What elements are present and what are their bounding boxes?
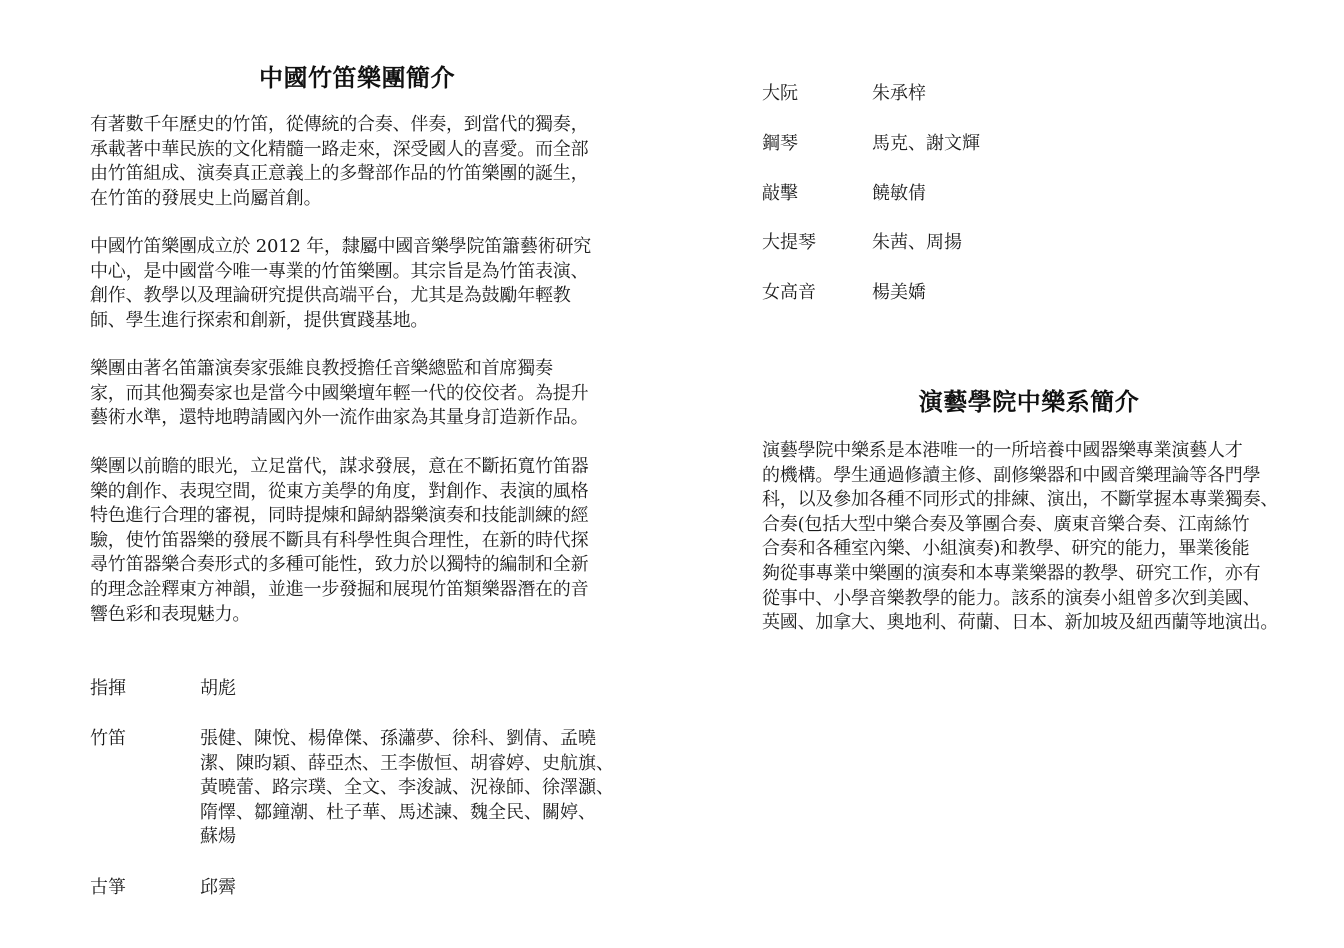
roster-members: 胡彪: [200, 677, 236, 702]
text-line: 楊美嬌: [872, 281, 926, 306]
text-line: 中心，是中國當今唯一專業的竹笛樂團。其宗旨是為竹笛表演、: [90, 260, 624, 285]
text-line: 邱霽: [200, 876, 236, 901]
text-line: 黃曉蕾、路宗璞、全文、李浚誠、況祿師、徐澤灝、: [200, 776, 614, 801]
text-line: 中國竹笛樂團成立於 2012 年，隸屬中國音樂學院笛簫藝術研究: [90, 235, 624, 260]
text-line: 潔、陳昀穎、薛亞杰、王李傲恒、胡睿婷、史航旗、: [200, 752, 614, 777]
roster-members: 張健、陳悅、楊偉傑、孫瀟夢、徐科、劉倩、孟曉 潔、陳昀穎、薛亞杰、王李傲恒、胡睿…: [200, 727, 614, 850]
text-line: 的機構。學生通過修讀主修、副修樂器和中國音樂理論等各門學: [762, 464, 1296, 489]
text-line: 藝術水準，還特地聘請國內外一流作曲家為其量身訂造新作品。: [90, 406, 624, 431]
roster-role: 指揮: [90, 677, 126, 702]
roster-members: 楊美嬌: [872, 281, 926, 306]
text-line: 合奏和各種室內樂、小組演奏)和教學、研究的能力，畢業後能: [762, 537, 1296, 562]
roster-members: 朱茜、周揚: [872, 231, 962, 256]
text-line: 朱茜、周揚: [872, 231, 962, 256]
roster-role: 敲擊: [762, 182, 798, 207]
roster-role: 古箏: [90, 876, 126, 901]
roster-members: 饒敏倩: [872, 182, 926, 207]
text-line: 演藝學院中樂系是本港唯一的一所培養中國器樂專業演藝人才: [762, 439, 1296, 464]
text-line: 師、學生進行探索和創新，提供實踐基地。: [90, 309, 624, 334]
intro-paragraph-4: 樂團以前瞻的眼光，立足當代，謀求發展，意在不斷拓寬竹笛器 樂的創作、表現空間，從…: [90, 455, 624, 627]
text-line: 蘇煬: [200, 825, 614, 850]
intro-paragraph-3: 樂團由著名笛簫演奏家張維良教授擔任音樂總監和首席獨奏 家，而其他獨奏家也是當今中…: [90, 357, 624, 431]
text-line: 朱承梓: [872, 82, 926, 107]
roster-members: 邱霽: [200, 876, 236, 901]
text-line: 的理念詮釋東方神韻，並進一步發掘和展現竹笛類樂器潛在的音: [90, 578, 624, 603]
text-line: 尋竹笛器樂合奏形式的多種可能性，致力於以獨特的編制和全新: [90, 553, 624, 578]
text-line: 張健、陳悅、楊偉傑、孫瀟夢、徐科、劉倩、孟曉: [200, 727, 614, 752]
roster-role: 大阮: [762, 82, 798, 107]
roster-role: 鋼琴: [762, 132, 798, 157]
department-intro-paragraph: 演藝學院中樂系是本港唯一的一所培養中國器樂專業演藝人才 的機構。學生通過修讀主修…: [762, 439, 1296, 636]
text-line: 合奏(包括大型中樂合奏及箏團合奏、廣東音樂合奏、江南絲竹: [762, 513, 1296, 538]
text-line: 隋懌、鄒鐘潮、杜子華、馬述諫、魏全民、關婷、: [200, 801, 614, 826]
intro-paragraph-1: 有著數千年歷史的竹笛，從傳統的合奏、伴奏，到當代的獨奏， 承載著中華民族的文化精…: [90, 113, 624, 211]
intro-paragraph-2: 中國竹笛樂團成立於 2012 年，隸屬中國音樂學院笛簫藝術研究 中心，是中國當今…: [90, 235, 624, 333]
text-line: 胡彪: [200, 677, 236, 702]
text-line: 馬克、謝文輝: [872, 132, 980, 157]
text-line: 特色進行合理的審視，同時提煉和歸納器樂演奏和技能訓練的經: [90, 504, 624, 529]
text-line: 由竹笛組成、演奏真正意義上的多聲部作品的竹笛樂團的誕生，: [90, 162, 624, 187]
text-line: 有著數千年歷史的竹笛，從傳統的合奏、伴奏，到當代的獨奏，: [90, 113, 624, 138]
orchestra-intro-title: 中國竹笛樂團簡介: [90, 58, 624, 93]
text-line: 饒敏倩: [872, 182, 926, 207]
text-line: 樂的創作、表現空間，從東方美學的角度，對創作、表演的風格: [90, 480, 624, 505]
roster-role: 竹笛: [90, 727, 126, 752]
roster-members: 馬克、謝文輝: [872, 132, 980, 157]
roster-role: 大提琴: [762, 231, 816, 256]
text-line: 驗，使竹笛器樂的發展不斷具有科學性與合理性，在新的時代探: [90, 529, 624, 554]
text-line: 樂團以前瞻的眼光，立足當代，謀求發展，意在不斷拓寬竹笛器: [90, 455, 624, 480]
text-line: 承載著中華民族的文化精髓一路走來，深受國人的喜愛。而全部: [90, 138, 624, 163]
text-line: 在竹笛的發展史上尚屬首創。: [90, 187, 624, 212]
text-line: 夠從事專業中樂團的演奏和本專業樂器的教學、研究工作，亦有: [762, 562, 1296, 587]
text-line: 創作、教學以及理論研究提供高端平台，尤其是為鼓勵年輕教: [90, 284, 624, 309]
text-line: 樂團由著名笛簫演奏家張維良教授擔任音樂總監和首席獨奏: [90, 357, 624, 382]
text-line: 英國、加拿大、奧地利、荷蘭、日本、新加坡及紐西蘭等地演出。: [762, 611, 1296, 636]
text-line: 科，以及參加各種不同形式的排練、演出，不斷掌握本專業獨奏、: [762, 488, 1296, 513]
roster-members: 朱承梓: [872, 82, 926, 107]
text-line: 從事中、小學音樂教學的能力。該系的演奏小組曾多次到美國、: [762, 587, 1296, 612]
text-line: 響色彩和表現魅力。: [90, 603, 624, 628]
department-intro-title: 演藝學院中樂系簡介: [762, 382, 1296, 417]
roster-role: 女高音: [762, 281, 816, 306]
text-line: 家，而其他獨奏家也是當今中國樂壇年輕一代的佼佼者。為提升: [90, 382, 624, 407]
